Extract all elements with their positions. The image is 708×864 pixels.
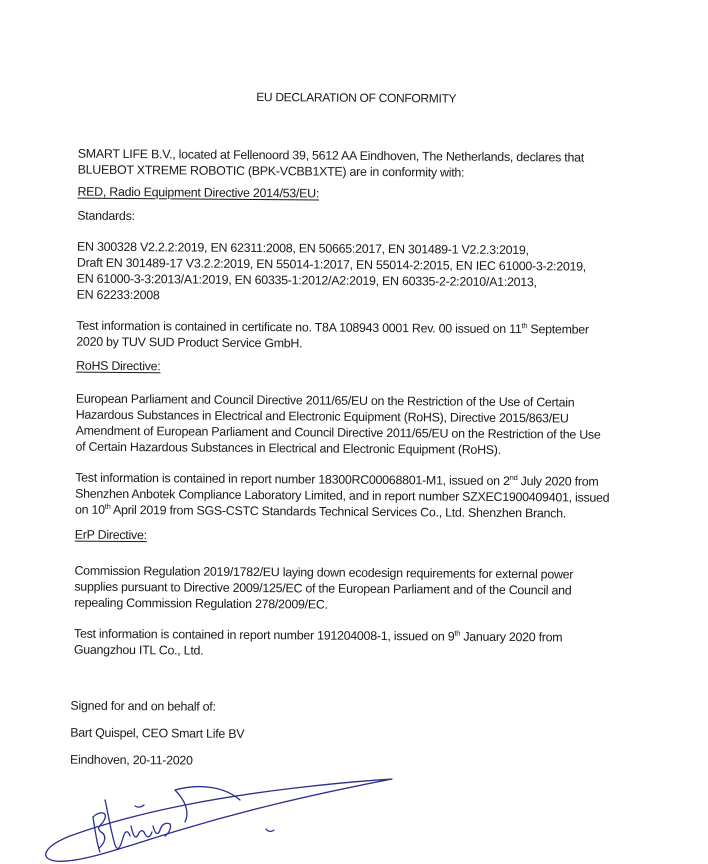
handwritten-signature — [0, 0, 708, 864]
signature-dot — [266, 829, 274, 831]
